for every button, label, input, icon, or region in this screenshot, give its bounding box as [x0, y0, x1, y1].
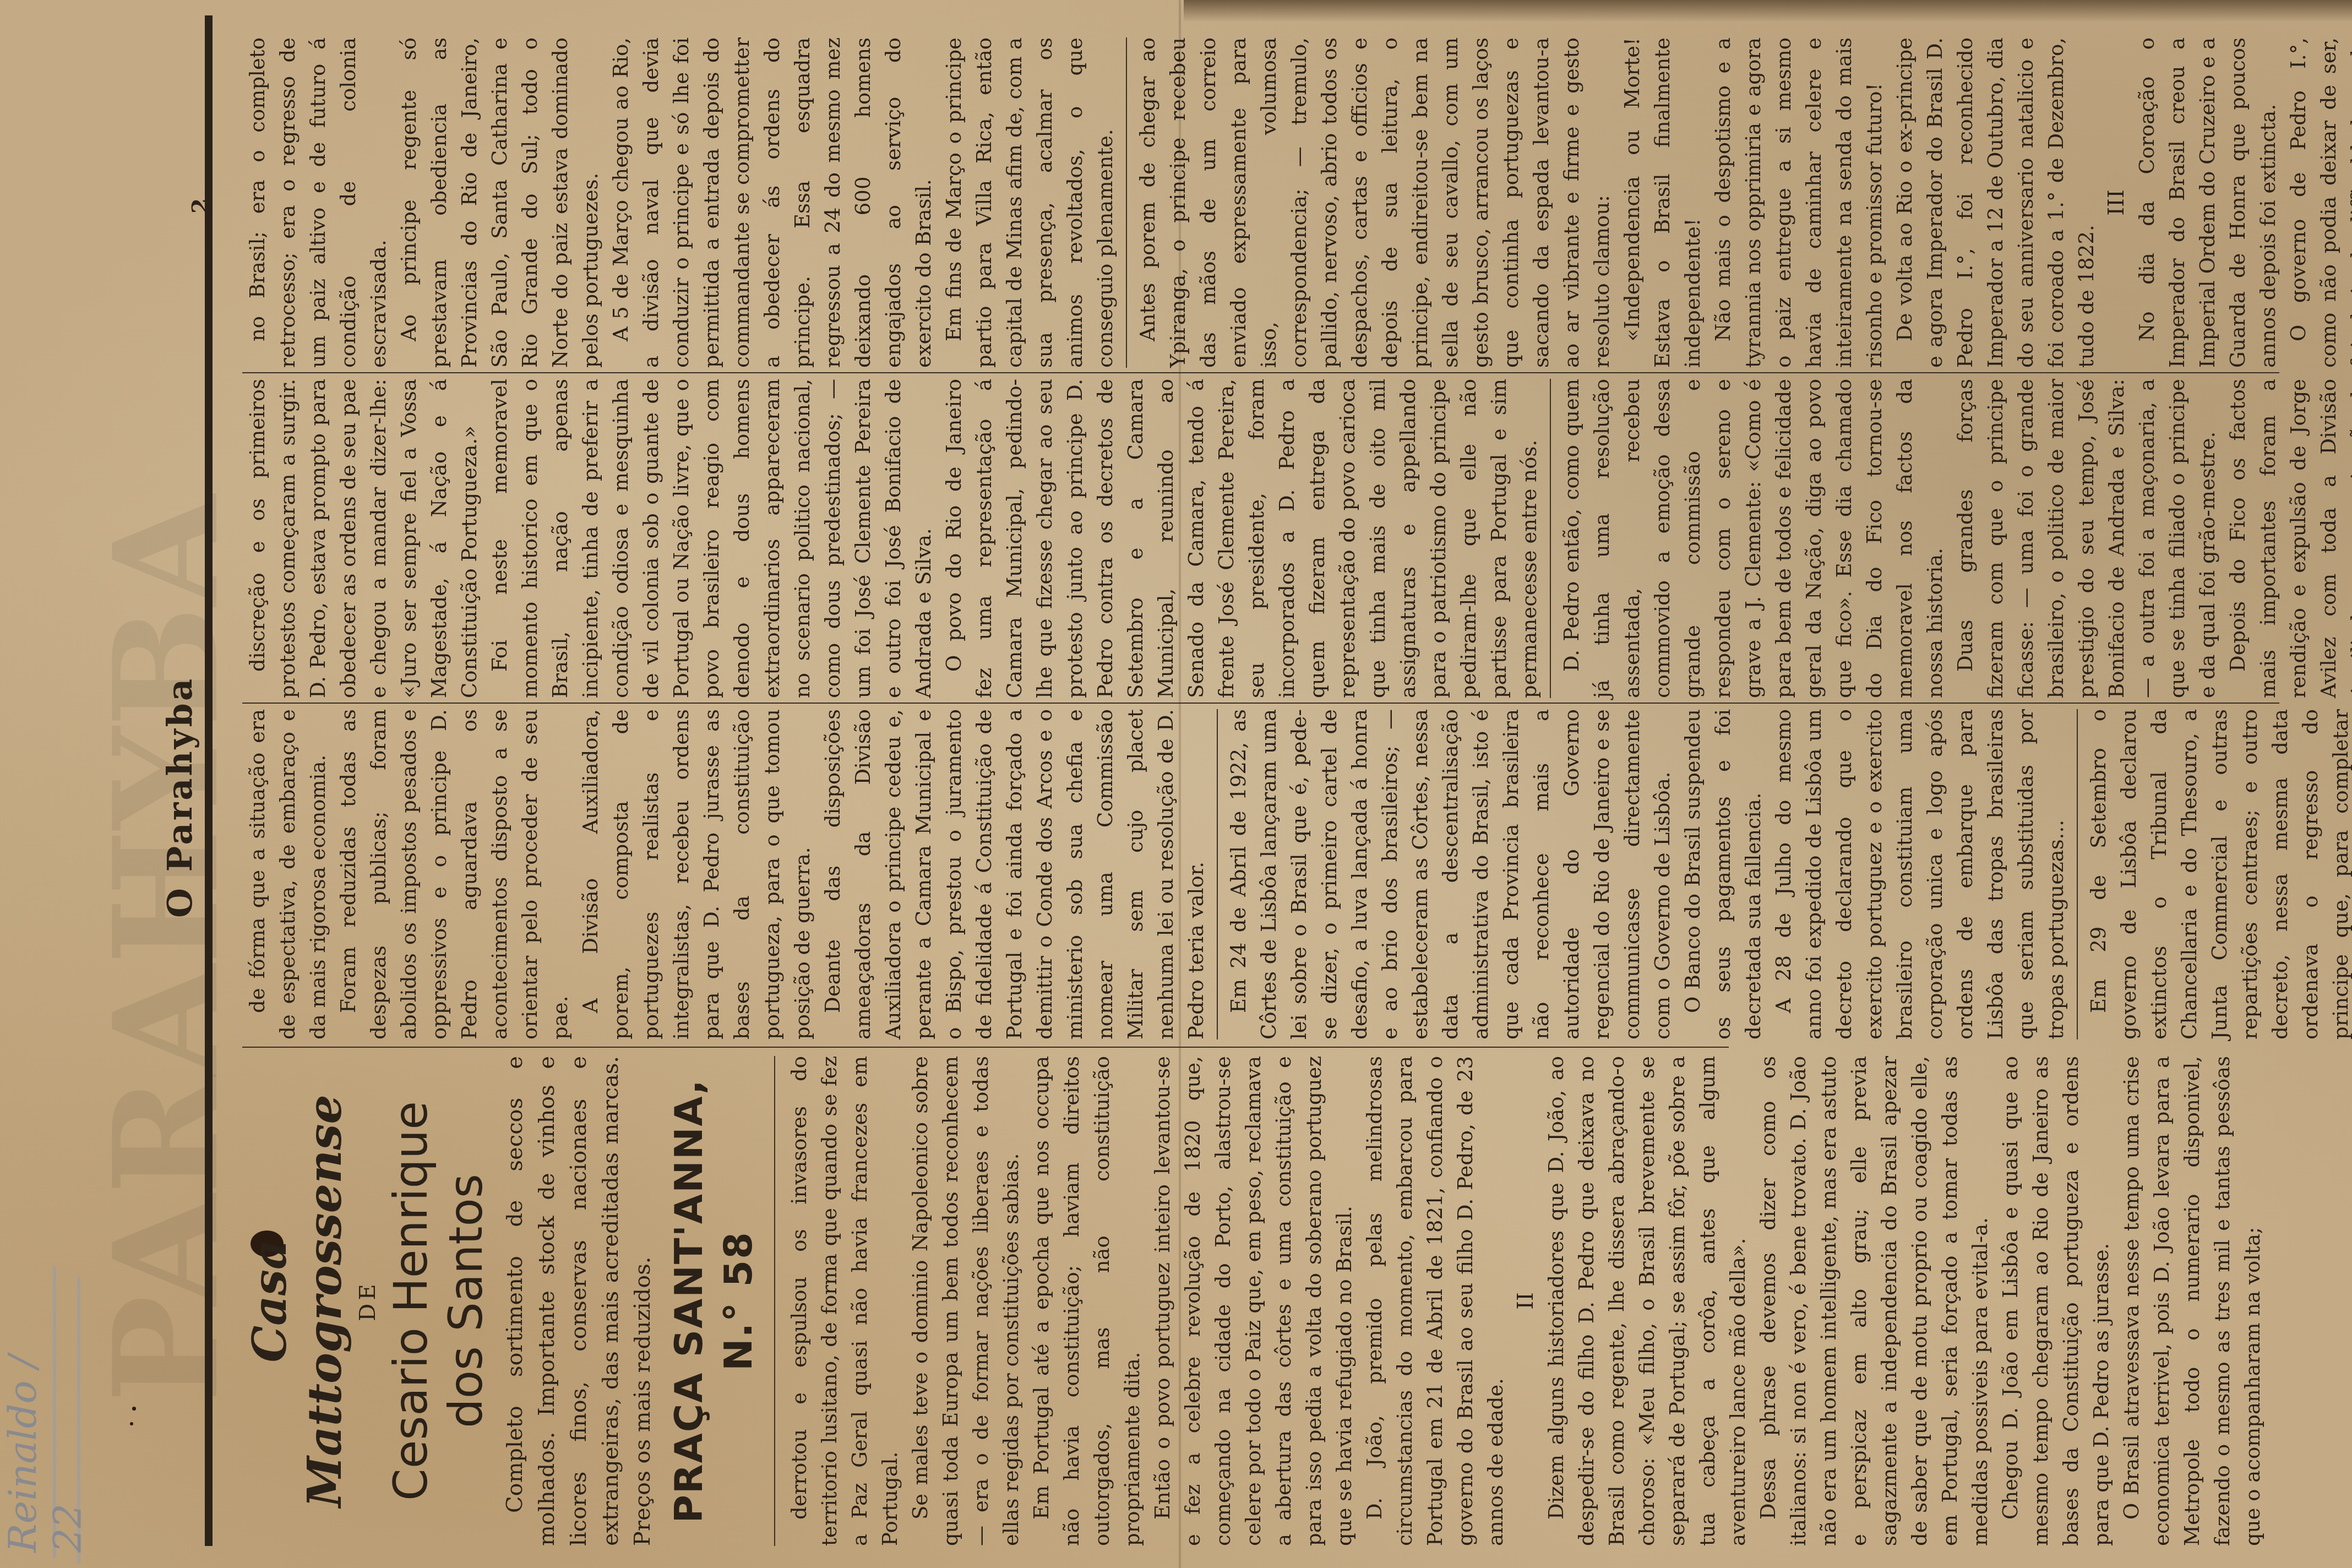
paragraph: no Brasil; era o completo retrocesso; er… [242, 37, 394, 368]
paragraph: A 28 de Julho do mesmo anno foi expedido… [1768, 709, 2071, 1039]
header-rule [205, 15, 211, 1546]
column-4: no Brasil; era o completo retrocesso; er… [242, 37, 2352, 368]
paragraph: O Banco do Brasil suspendeu os seus paga… [1678, 709, 1768, 1039]
paragraph: D. Pedro então, como quem já tinha uma r… [1556, 379, 1950, 698]
divider [1550, 379, 1551, 698]
paragraph: O Brasil atravessava nesse tempo uma cri… [2116, 1056, 2268, 1546]
paragraph: derrotou e espulsou os invasores do terr… [784, 1056, 905, 1546]
paragraph: A 5 de Março chegou ao Rio, a divisão na… [606, 37, 939, 368]
column-rule [242, 703, 2279, 704]
paragraph: D. João, premido pelas melindrosas circu… [1359, 1056, 1511, 1546]
paragraph: Foram reduzidas todas as despezas public… [333, 709, 575, 1039]
divider [1217, 709, 1218, 1039]
paragraph: «Independencia ou Morte! Estava o Brasil… [1617, 37, 1708, 368]
paragraph: No dia da Coroação o Imperador do Brasil… [2132, 37, 2283, 368]
column-rule [242, 1047, 1729, 1048]
paragraph: Então o povo portuguez inteiro levantou-… [1147, 1056, 1359, 1546]
paragraph: Foi neste memoravel momento historico em… [484, 379, 939, 698]
ad-body: Completo sortimento de seccos e molhados… [499, 1056, 658, 1546]
divider [2077, 709, 2078, 1039]
column-rule [242, 372, 2279, 373]
paragraph: O povo do Rio de Janeiro fez uma represe… [939, 379, 1544, 698]
paragraph: Deante das disposições ameaçadoras da Di… [818, 709, 1211, 1039]
paragraph: Se males teve o dominio Napoleonico sobr… [905, 1056, 1026, 1546]
paragraph: Depois do Fico os factos mais importante… [2223, 379, 2352, 698]
paragraph: Não mais o despotismo e a tyrannia nos o… [1708, 37, 1890, 368]
paragraph: Antes porem de chegar ao Ypiranga, o pri… [1133, 37, 1617, 368]
paragraph: Ao principe regente só prestavam obedien… [394, 37, 606, 368]
ad-address: PRAÇA SANT'ANNA, N.° 58 [664, 1056, 763, 1546]
section-heading: II [1511, 1056, 1541, 1546]
paragraph: Em fins de Março o principe partio para … [939, 37, 1120, 368]
column-1: Casa Mattogrossense DE Cesario Henrique … [242, 1056, 2268, 1546]
ad-title: Casa Mattogrossense [242, 1056, 352, 1546]
paragraph: Chegou D. João em Lisbôa e quasi que ao … [1995, 1056, 2116, 1546]
paragraph: Em Portugal até a epocha que nos occupa … [1026, 1056, 1147, 1546]
paragraph: de fórma que a situação era de espectati… [242, 709, 333, 1039]
paragraph: Em 24 de Abril de 1922, as Côrtes de Lis… [1223, 709, 1678, 1039]
paragraph: A Divisão Auxiliadora, porem, composta d… [575, 709, 818, 1039]
paragraph: O governo de Pedro I.°, como não podia d… [2283, 37, 2352, 368]
divider [1126, 37, 1127, 368]
masthead: O Parahyba [160, 26, 200, 1568]
paragraph: Duas grandes forças fizeram com que o pr… [1950, 379, 2223, 698]
paragraph: Dessa phrase devemos dizer como os itali… [1753, 1056, 1995, 1546]
column-2: de fórma que a situação era de espectati… [242, 709, 2352, 1039]
section-heading: III [2101, 37, 2132, 368]
ad-owner: Cesario Henrique dos Santos [383, 1056, 493, 1546]
newspaper-page: PARAHYBA 2 O Parahyba Casa Mattogrossens… [0, 0, 2352, 1568]
advertisement: Casa Mattogrossense DE Cesario Henrique … [242, 1056, 775, 1546]
ad-de: DE [352, 1056, 383, 1546]
paragraph: Dizem alguns historiadores que D. João, … [1541, 1056, 1753, 1546]
paragraph: De volta ao Rio o ex-principe e agora Im… [1890, 37, 2101, 368]
paragraph: discreção e os primeiros protestos começ… [242, 379, 484, 698]
column-3: discreção e os primeiros protestos começ… [242, 379, 2352, 698]
paragraph: Em 29 de Setembro o governo de Lisbôa de… [2083, 709, 2352, 1039]
